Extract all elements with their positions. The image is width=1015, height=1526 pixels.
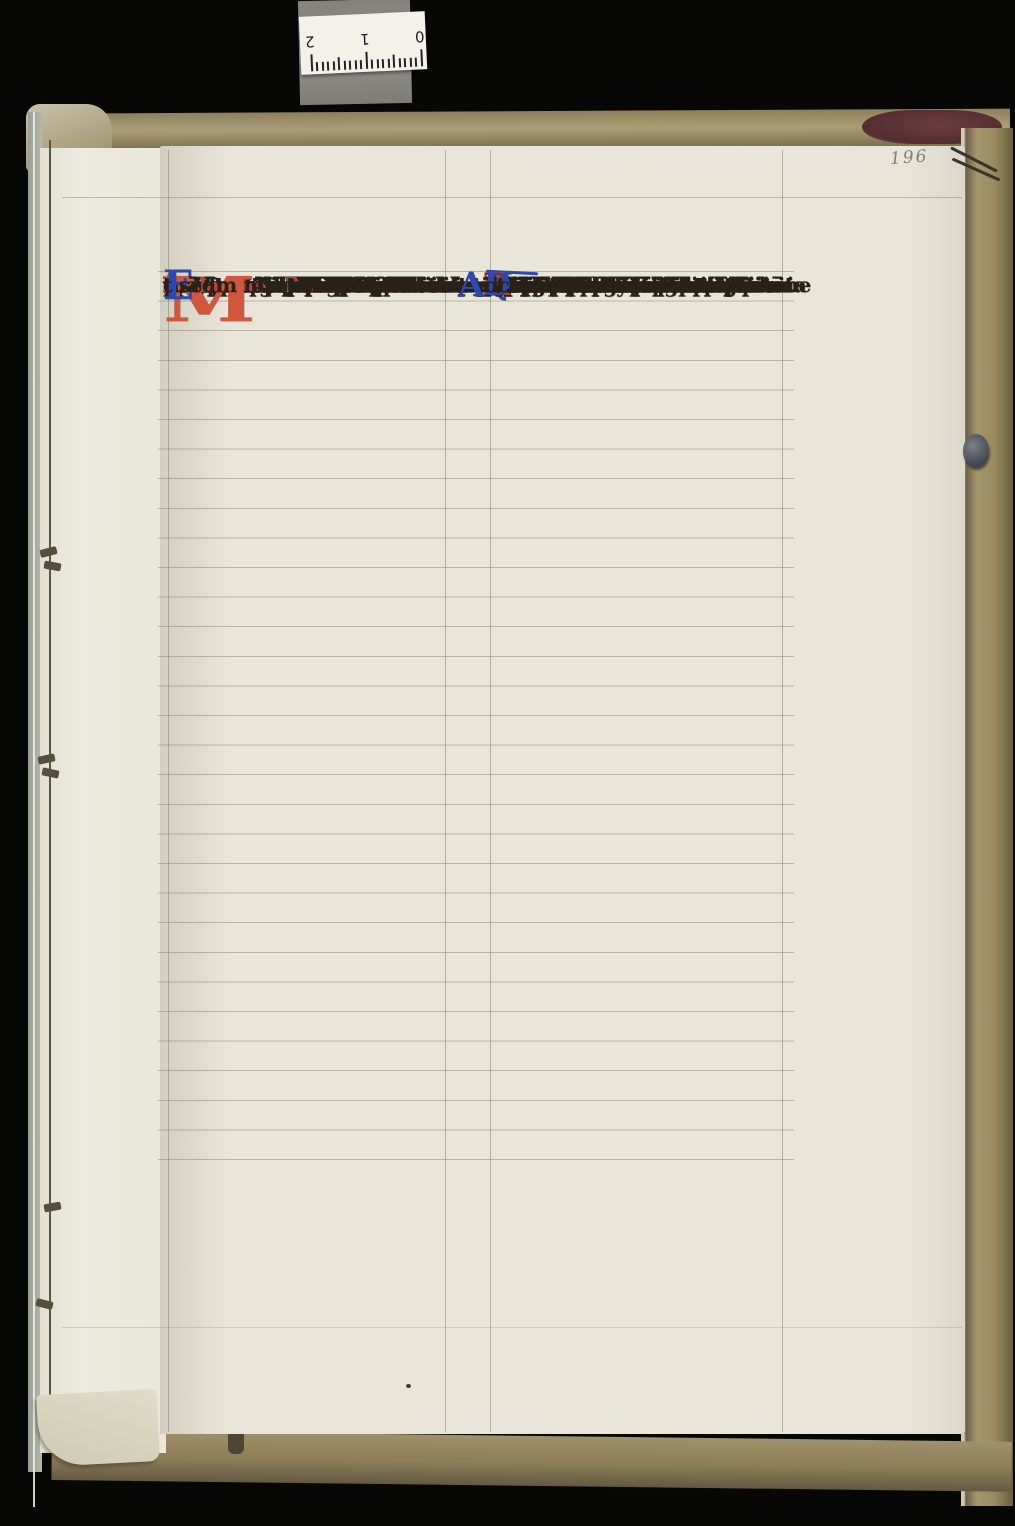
folio-number: 196	[889, 145, 950, 169]
ruler-tick	[388, 59, 390, 68]
ruler-tick	[322, 62, 324, 71]
fore-edge-shadow	[905, 146, 965, 1434]
ruling-through-line-top	[62, 197, 962, 198]
ruler: 0 1 2	[299, 11, 428, 75]
clasp-stud	[963, 434, 989, 468]
ruler-tick	[365, 52, 368, 69]
margin-blue-initial: A	[458, 271, 483, 301]
ruler-tick	[382, 59, 384, 68]
facing-page-margin	[40, 148, 166, 1453]
ruler-scale: 0 1 2	[299, 11, 428, 75]
ruler-label-0: 0	[411, 27, 428, 46]
ink-speck	[406, 1384, 411, 1388]
ruler-tick	[360, 60, 362, 69]
text-run: t scdm multitudi	[163, 271, 347, 301]
text-column-right: nē miserationū tuarū: deleiniquitatē meā…	[484, 271, 784, 1163]
ruler-tick	[349, 61, 351, 70]
ruler-tick	[333, 61, 335, 70]
page-corner-curl	[36, 1389, 160, 1467]
cover-tear	[228, 1432, 244, 1454]
ruler-tick	[327, 62, 329, 71]
ruler-tick	[420, 49, 423, 66]
ruler-tick	[344, 61, 346, 70]
manuscript-photo: 0 1 2 196 tu oculi: in nouissima tuba. C…	[0, 0, 1015, 1526]
ruler-tick	[316, 62, 318, 71]
page-edge-highlight	[33, 112, 35, 1507]
vellum-cover-right-edge	[961, 128, 1013, 1506]
text-run: ocebo iniquos vias tu	[484, 271, 716, 301]
ruler-tick	[310, 54, 313, 71]
ruling-through-line-bottom	[62, 1327, 962, 1328]
ruler-label-2: 2	[301, 32, 318, 51]
ruler-tick	[393, 55, 396, 68]
text-column-left: tu oculi: in nouissima tuba. Canet enī t…	[163, 271, 463, 1163]
sewing-thread	[49, 140, 51, 1450]
vellum-cover-bottom-edge	[51, 1430, 1012, 1492]
ruler-tick	[371, 60, 373, 69]
ruler-tick	[404, 58, 406, 67]
ruler-tick	[410, 58, 412, 67]
ruler-tick	[399, 58, 401, 67]
ruler-tick	[355, 60, 357, 69]
ruler-tick	[415, 58, 417, 67]
ruler-tick	[377, 59, 379, 68]
ruler-label-1: 1	[356, 30, 373, 49]
ruler-tick	[338, 57, 341, 70]
